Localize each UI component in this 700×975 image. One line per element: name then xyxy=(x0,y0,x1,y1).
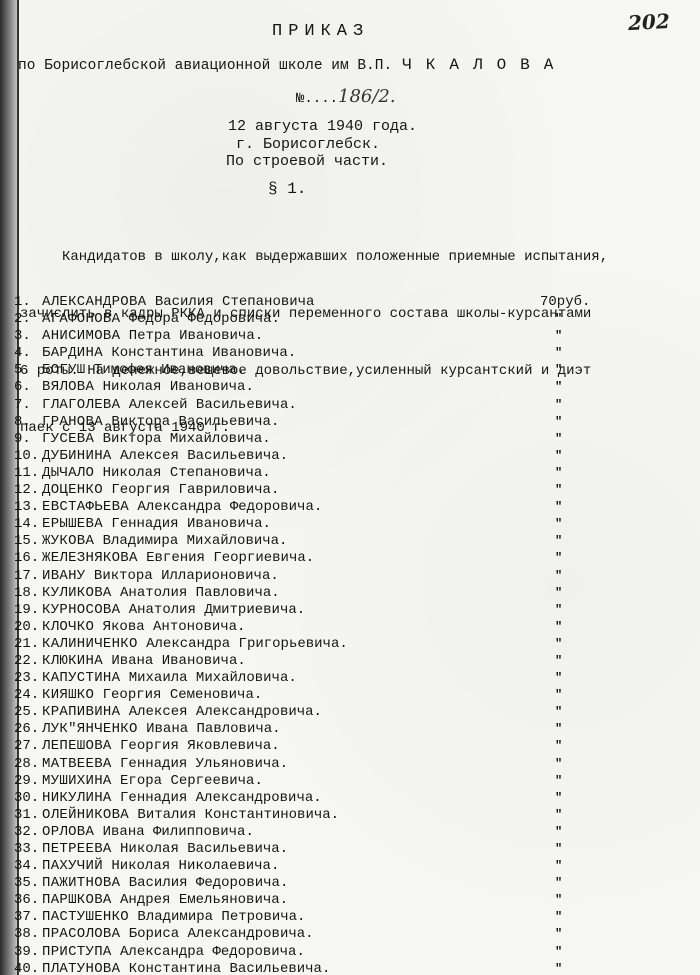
cadet-given-names: Геннадия Александровича. xyxy=(120,790,322,806)
cadet-pay: " xyxy=(555,704,562,721)
section-heading: § 1. xyxy=(268,180,306,198)
cadet-pay: " xyxy=(555,773,562,790)
list-item: 2.АГАФОНОВА Федора Федоровича." xyxy=(0,311,700,328)
cadet-name: ГУСЕВА Виктора Михайловича. xyxy=(42,431,271,448)
item-number: 9. xyxy=(14,431,42,448)
cadet-given-names: Георгия Яковлевича. xyxy=(120,738,280,754)
cadet-surname: ПАРШКОВА xyxy=(42,892,112,908)
cadet-name: АНИСИМОВА Петра Ивановича. xyxy=(42,328,263,345)
cadet-pay: " xyxy=(555,841,562,858)
cadet-given-names: Георгия Гавриловича. xyxy=(111,482,279,498)
item-number: 31. xyxy=(14,807,42,824)
cadet-surname: ОРЛОВА xyxy=(42,824,94,840)
cadet-given-names: Виктора Илларионовича. xyxy=(94,568,279,584)
cadet-name: АЛЕКСАНДРОВА Василия Степановича xyxy=(42,294,314,311)
cadet-given-names: Александра Федоровича. xyxy=(137,499,322,515)
cadet-surname: ГРАНОВА xyxy=(42,414,103,430)
cadet-name: КАПУСТИНА Михаила Михайловича. xyxy=(42,670,297,687)
cadet-pay: " xyxy=(555,756,562,773)
cadet-given-names: Василия Степановича xyxy=(155,294,315,310)
list-item: 13.ЕВСТАФЬЕВА Александра Федоровича." xyxy=(0,499,700,516)
item-number: 18. xyxy=(14,585,42,602)
cadet-given-names: Андрея Емельяновича. xyxy=(120,892,288,908)
cadet-pay: " xyxy=(555,414,562,431)
list-item: 11.ДЫЧАЛО Николая Степановича." xyxy=(0,465,700,482)
item-number: 35. xyxy=(14,875,42,892)
list-item: 38.ПРАСОЛОВА Бориса Александровича." xyxy=(0,926,700,943)
handwritten-page-number: 202 xyxy=(627,9,670,35)
item-number: 14. xyxy=(14,516,42,533)
cadet-surname: ПЛАТУНОВА xyxy=(42,961,120,975)
cadet-name: АГАФОНОВА Федора Федоровича. xyxy=(42,311,280,328)
cadet-surname: ИВАНУ xyxy=(42,568,86,584)
item-number: 23. xyxy=(14,670,42,687)
order-city: г. Борисоглебск. xyxy=(236,136,380,153)
cadet-given-names: Виталия Константиновича. xyxy=(137,807,339,823)
list-item: 20.КЛОЧКО Якова Антоновича." xyxy=(0,619,700,636)
cadet-given-names: Бориса Александровича. xyxy=(129,926,314,942)
list-item: 1.АЛЕКСАНДРОВА Василия Степановича70руб. xyxy=(0,294,700,311)
cadet-surname: КЛЮКИНА xyxy=(42,653,103,669)
cadet-given-names: Анатолия Павловича. xyxy=(120,585,280,601)
list-item: 25.КРАПИВИНА Алексея Александровича." xyxy=(0,704,700,721)
cadet-pay: " xyxy=(555,926,562,943)
cadet-surname: АНИСИМОВА xyxy=(42,328,120,344)
cadet-pay: " xyxy=(555,636,562,653)
item-number: 13. xyxy=(14,499,42,516)
list-item: 15.ЖУКОВА Владимира Михайловича." xyxy=(0,533,700,550)
item-number: 5. xyxy=(14,362,42,379)
order-department: По строевой части. xyxy=(226,153,388,170)
cadet-name: ГРАНОВА Виктора Васильевича. xyxy=(42,414,279,431)
cadet-name: ЛЕПЕШОВА Георгия Яковлевича. xyxy=(42,738,280,755)
cadet-surname: КИЯШКО xyxy=(42,687,94,703)
intro-line: Кандидатов в школу,как выдержавших полож… xyxy=(20,248,690,267)
cadet-surname: КЛОЧКО xyxy=(42,619,94,635)
cadet-given-names: Владимира Петровича. xyxy=(137,909,305,925)
cadet-pay: " xyxy=(555,585,562,602)
item-number: 34. xyxy=(14,858,42,875)
list-item: 32.ОРЛОВА Ивана Филипповича." xyxy=(0,824,700,841)
item-number: 6. xyxy=(14,379,42,396)
cadet-given-names: Георгия Семеновича. xyxy=(103,687,263,703)
list-item: 14.ЕРЫШЕВА Геннадия Ивановича." xyxy=(0,516,700,533)
cadet-name: ОЛЕЙНИКОВА Виталия Константиновича. xyxy=(42,807,339,824)
item-number: 7. xyxy=(14,397,42,414)
item-number: 37. xyxy=(14,909,42,926)
cadet-name: ПАСТУШЕНКО Владимира Петровича. xyxy=(42,909,305,926)
cadet-pay: " xyxy=(555,875,562,892)
cadet-given-names: Федора Федоровича. xyxy=(129,311,280,327)
cadet-pay: " xyxy=(555,670,562,687)
cadet-pay: " xyxy=(555,790,562,807)
list-item: 30.НИКУЛИНА Геннадия Александровича." xyxy=(0,790,700,807)
cadet-name: ПАРШКОВА Андрея Емельяновича. xyxy=(42,892,288,909)
cadet-name: ПЕТРЕЕВА Николая Васильевича. xyxy=(42,841,288,858)
cadet-name: ПРИСТУПА Александра Федоровича. xyxy=(42,944,305,961)
list-item: 6.ВЯЛОВА Николая Ивановича." xyxy=(0,379,700,396)
cadet-name: ПЛАТУНОВА Константина Васильевича. xyxy=(42,961,330,975)
cadet-pay: " xyxy=(555,499,562,516)
cadet-surname: ПЕТРЕЕВА xyxy=(42,841,112,857)
cadet-surname: ЖЕЛЕЗНЯКОВА xyxy=(42,550,138,566)
cadet-name: ДУБИНИНА Алексея Васильевича. xyxy=(42,448,288,465)
cadet-name: КЛОЧКО Якова Антоновича. xyxy=(42,619,245,636)
cadet-given-names: Евгения Георгиевича. xyxy=(146,550,314,566)
cadet-surname: КАЛИНИЧЕНКО xyxy=(42,636,138,652)
list-item: 19.КУРНОСОВА Анатолия Дмитриевича." xyxy=(0,602,700,619)
item-number: 22. xyxy=(14,653,42,670)
cadet-name: МУШИХИНА Егора Сергеевича. xyxy=(42,773,263,790)
cadet-name: БОГУШ Тимофея Ивановича. xyxy=(42,362,245,379)
list-item: 24.КИЯШКО Георгия Семеновича." xyxy=(0,687,700,704)
cadet-given-names: Алексея Александровича. xyxy=(129,704,322,720)
cadet-given-names: Якова Антоновича. xyxy=(103,619,246,635)
item-number: 12. xyxy=(14,482,42,499)
cadet-name: ИВАНУ Виктора Илларионовича. xyxy=(42,568,279,585)
item-number: 10. xyxy=(14,448,42,465)
cadet-pay: " xyxy=(555,328,562,345)
item-number: 1. xyxy=(14,294,42,311)
cadet-given-names: Александра Федоровича. xyxy=(120,944,305,960)
document-title: ПРИКАЗ xyxy=(272,22,369,41)
cadet-given-names: Виктора Васильевича. xyxy=(111,414,279,430)
cadet-given-names: Константина Васильевича. xyxy=(129,961,331,975)
cadet-name: БАРДИНА Константина Ивановича. xyxy=(42,345,296,362)
list-item: 7.ГЛАГОЛЕВА Алексей Васильевича." xyxy=(0,397,700,414)
cadet-surname: КАПУСТИНА xyxy=(42,670,120,686)
list-item: 26.ЛУК"ЯНЧЕНКО Ивана Павловича." xyxy=(0,721,700,738)
cadet-surname: МУШИХИНА xyxy=(42,773,112,789)
cadet-surname: ПАЖИТНОВА xyxy=(42,875,120,891)
item-number: 19. xyxy=(14,602,42,619)
cadet-given-names: Петра Ивановича. xyxy=(129,328,263,344)
cadet-surname: ГЛАГОЛЕВА xyxy=(42,397,120,413)
cadet-pay: " xyxy=(555,465,562,482)
cadet-name: ДОЦЕНКО Георгия Гавриловича. xyxy=(42,482,279,499)
cadet-surname: ДУБИНИНА xyxy=(42,448,112,464)
cadet-name: ВЯЛОВА Николая Ивановича. xyxy=(42,379,254,396)
item-number: 30. xyxy=(14,790,42,807)
cadet-name: ЕВСТАФЬЕВА Александра Федоровича. xyxy=(42,499,322,516)
cadet-given-names: Николая Ивановича. xyxy=(103,379,254,395)
cadet-name: КУЛИКОВА Анатолия Павловича. xyxy=(42,585,280,602)
cadet-pay: " xyxy=(555,892,562,909)
cadet-surname: ПАХУЧИЙ xyxy=(42,858,103,874)
item-number: 26. xyxy=(14,721,42,738)
cadet-surname: ПАСТУШЕНКО xyxy=(42,909,129,925)
cadet-pay: " xyxy=(555,909,562,926)
cadet-surname: ПРАСОЛОВА xyxy=(42,926,120,942)
list-item: 9.ГУСЕВА Виктора Михайловича." xyxy=(0,431,700,448)
list-item: 4.БАРДИНА Константина Ивановича." xyxy=(0,345,700,362)
cadet-name: ПАХУЧИЙ Николая Николаевича. xyxy=(42,858,279,875)
cadet-name: ГЛАГОЛЕВА Алексей Васильевича. xyxy=(42,397,297,414)
cadet-surname: ПРИСТУПА xyxy=(42,944,112,960)
item-number: 29. xyxy=(14,773,42,790)
cadet-list: 1.АЛЕКСАНДРОВА Василия Степановича70руб.… xyxy=(0,294,700,975)
cadet-pay: " xyxy=(555,397,562,414)
cadet-given-names: Василия Федоровича. xyxy=(129,875,289,891)
cadet-given-names: Анатолия Дмитриевича. xyxy=(129,602,305,618)
cadet-given-names: Владимира Михайловича. xyxy=(103,533,288,549)
cadet-surname: БАРДИНА xyxy=(42,345,103,361)
list-item: 5.БОГУШ Тимофея Ивановича." xyxy=(0,362,700,379)
order-number-handwritten: 186/2. xyxy=(338,86,396,107)
item-number: 4. xyxy=(14,345,42,362)
cadet-surname: ДЫЧАЛО xyxy=(42,465,94,481)
order-date: 12 августа 1940 года. xyxy=(228,118,417,135)
cadet-surname: ЛЕПЕШОВА xyxy=(42,738,112,754)
list-item: 17.ИВАНУ Виктора Илларионовича." xyxy=(0,568,700,585)
cadet-surname: ГУСЕВА xyxy=(42,431,94,447)
cadet-pay: " xyxy=(555,379,562,396)
list-item: 22.КЛЮКИНА Ивана Ивановича." xyxy=(0,653,700,670)
cadet-pay: " xyxy=(555,550,562,567)
cadet-name: ПАЖИТНОВА Василия Федоровича. xyxy=(42,875,288,892)
cadet-name: ЖУКОВА Владимира Михайловича. xyxy=(42,533,287,550)
list-item: 23.КАПУСТИНА Михаила Михайловича." xyxy=(0,670,700,687)
cadet-surname: ЕРЫШЕВА xyxy=(42,516,103,532)
cadet-given-names: Константина Ивановича. xyxy=(111,345,296,361)
list-item: 36.ПАРШКОВА Андрея Емельяновича." xyxy=(0,892,700,909)
item-number: 27. xyxy=(14,738,42,755)
cadet-surname: БОГУШ xyxy=(42,362,86,378)
cadet-given-names: Геннадия Ивановича. xyxy=(111,516,271,532)
cadet-pay: " xyxy=(555,362,562,379)
cadet-surname: МАТВЕЕВА xyxy=(42,756,112,772)
cadet-name: КИЯШКО Георгия Семеновича. xyxy=(42,687,262,704)
cadet-pay: " xyxy=(555,721,562,738)
cadet-given-names: Ивана Павловича. xyxy=(146,721,280,737)
list-item: 28.МАТВЕЕВА Геннадия Ульяновича." xyxy=(0,756,700,773)
cadet-given-names: Николая Степановича. xyxy=(103,465,271,481)
cadet-surname: ВЯЛОВА xyxy=(42,379,94,395)
school-name-spaced: ЧКАЛОВА xyxy=(402,56,567,74)
cadet-pay: " xyxy=(555,824,562,841)
list-item: 29.МУШИХИНА Егора Сергеевича." xyxy=(0,773,700,790)
cadet-pay: " xyxy=(555,448,562,465)
list-item: 35.ПАЖИТНОВА Василия Федоровича." xyxy=(0,875,700,892)
item-number: 24. xyxy=(14,687,42,704)
cadet-name: ОРЛОВА Ивана Филипповича. xyxy=(42,824,254,841)
cadet-given-names: Алексея Васильевича. xyxy=(120,448,288,464)
cadet-pay: " xyxy=(555,516,562,533)
item-number: 33. xyxy=(14,841,42,858)
cadet-pay: " xyxy=(555,858,562,875)
cadet-name: КАЛИНИЧЕНКО Александра Григорьевича. xyxy=(42,636,348,653)
item-number: 39. xyxy=(14,944,42,961)
cadet-name: НИКУЛИНА Геннадия Александровича. xyxy=(42,790,322,807)
cadet-given-names: Ивана Филипповича. xyxy=(103,824,254,840)
cadet-surname: ЛУК"ЯНЧЕНКО xyxy=(42,721,138,737)
item-number: 21. xyxy=(14,636,42,653)
item-number: 11. xyxy=(14,465,42,482)
cadet-pay: 70руб. xyxy=(540,294,590,311)
cadet-pay: " xyxy=(555,738,562,755)
cadet-pay: " xyxy=(555,619,562,636)
cadet-given-names: Николая Николаевича. xyxy=(111,858,279,874)
cadet-pay: " xyxy=(555,944,562,961)
cadet-name: КЛЮКИНА Ивана Ивановича. xyxy=(42,653,246,670)
cadet-given-names: Геннадия Ульяновича. xyxy=(120,756,288,772)
cadet-surname: ДОЦЕНКО xyxy=(42,482,103,498)
cadet-given-names: Алексей Васильевича. xyxy=(129,397,297,413)
cadet-name: ЛУК"ЯНЧЕНКО Ивана Павловича. xyxy=(42,721,281,738)
cadet-surname: АЛЕКСАНДРОВА xyxy=(42,294,146,310)
cadet-pay: " xyxy=(555,345,562,362)
item-number: 16. xyxy=(14,550,42,567)
list-item: 37.ПАСТУШЕНКО Владимира Петровича." xyxy=(0,909,700,926)
order-number: №....186/2. xyxy=(296,86,396,107)
cadet-name: ЕРЫШЕВА Геннадия Ивановича. xyxy=(42,516,271,533)
cadet-name: КРАПИВИНА Алексея Александровича. xyxy=(42,704,322,721)
list-item: 10.ДУБИНИНА Алексея Васильевича." xyxy=(0,448,700,465)
cadet-given-names: Егора Сергеевича. xyxy=(120,773,263,789)
cadet-pay: " xyxy=(555,961,562,975)
list-item: 21.КАЛИНИЧЕНКО Александра Григорьевича." xyxy=(0,636,700,653)
list-item: 33.ПЕТРЕЕВА Николая Васильевича." xyxy=(0,841,700,858)
cadet-pay: " xyxy=(555,431,562,448)
list-item: 3.АНИСИМОВА Петра Ивановича." xyxy=(0,328,700,345)
item-number: 8. xyxy=(14,414,42,431)
item-number: 25. xyxy=(14,704,42,721)
item-number: 15. xyxy=(14,533,42,550)
cadet-given-names: Михаила Михайловича. xyxy=(129,670,297,686)
school-line: по Борисоглебской авиационной школе им В… xyxy=(18,56,567,74)
item-number: 32. xyxy=(14,824,42,841)
cadet-pay: " xyxy=(555,687,562,704)
cadet-name: ПРАСОЛОВА Бориса Александровича. xyxy=(42,926,314,943)
cadet-pay: " xyxy=(555,533,562,550)
cadet-given-names: Ивана Ивановича. xyxy=(111,653,245,669)
cadet-surname: ОЛЕЙНИКОВА xyxy=(42,807,129,823)
item-number: 17. xyxy=(14,568,42,585)
list-item: 40.ПЛАТУНОВА Константина Васильевича." xyxy=(0,961,700,975)
list-item: 8.ГРАНОВА Виктора Васильевича." xyxy=(0,414,700,431)
cadet-given-names: Александра Григорьевича. xyxy=(146,636,348,652)
cadet-surname: КУРНОСОВА xyxy=(42,602,120,618)
list-item: 16.ЖЕЛЕЗНЯКОВА Евгения Георгиевича." xyxy=(0,550,700,567)
item-number: 2. xyxy=(14,311,42,328)
cadet-pay: " xyxy=(555,482,562,499)
item-number: 38. xyxy=(14,926,42,943)
cadet-surname: КУЛИКОВА xyxy=(42,585,112,601)
list-item: 31.ОЛЕЙНИКОВА Виталия Константиновича." xyxy=(0,807,700,824)
cadet-pay: " xyxy=(555,311,562,328)
list-item: 27.ЛЕПЕШОВА Георгия Яковлевича." xyxy=(0,738,700,755)
list-item: 39.ПРИСТУПА Александра Федоровича." xyxy=(0,944,700,961)
cadet-name: ДЫЧАЛО Николая Степановича. xyxy=(42,465,271,482)
list-item: 34.ПАХУЧИЙ Николая Николаевича." xyxy=(0,858,700,875)
school-line-prefix: по Борисоглебской авиационной школе им В… xyxy=(18,58,392,74)
cadet-pay: " xyxy=(555,568,562,585)
cadet-given-names: Николая Васильевича. xyxy=(120,841,288,857)
order-number-prefix: №.... xyxy=(296,91,338,107)
cadet-pay: " xyxy=(555,602,562,619)
cadet-surname: НИКУЛИНА xyxy=(42,790,112,806)
item-number: 40. xyxy=(14,961,42,975)
item-number: 3. xyxy=(14,328,42,345)
cadet-pay: " xyxy=(555,807,562,824)
cadet-surname: КРАПИВИНА xyxy=(42,704,120,720)
cadet-given-names: Виктора Михайловича. xyxy=(103,431,271,447)
cadet-surname: ЕВСТАФЬЕВА xyxy=(42,499,129,515)
cadet-name: ЖЕЛЕЗНЯКОВА Евгения Георгиевича. xyxy=(42,550,314,567)
cadet-surname: АГАФОНОВА xyxy=(42,311,120,327)
cadet-surname: ЖУКОВА xyxy=(42,533,94,549)
cadet-name: КУРНОСОВА Анатолия Дмитриевича. xyxy=(42,602,305,619)
cadet-given-names: Тимофея Ивановича. xyxy=(94,362,245,378)
item-number: 28. xyxy=(14,756,42,773)
cadet-pay: " xyxy=(555,653,562,670)
item-number: 36. xyxy=(14,892,42,909)
cadet-name: МАТВЕЕВА Геннадия Ульяновича. xyxy=(42,756,288,773)
list-item: 12.ДОЦЕНКО Георгия Гавриловича." xyxy=(0,482,700,499)
list-item: 18.КУЛИКОВА Анатолия Павловича." xyxy=(0,585,700,602)
item-number: 20. xyxy=(14,619,42,636)
